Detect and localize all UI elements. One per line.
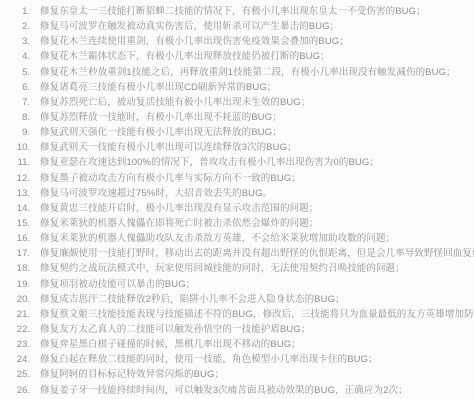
item-text: 修复花木兰连续使用重剑，有极小几率出现伤害免疫效果会叠加的BUG； (40, 34, 349, 49)
bugfix-item: 24.修复白起在释放二技能的同时，使用一技能，角色模型小几率出现卡住的BUG； (0, 352, 474, 367)
item-text: 修复蔡文姬三技能技能表现与技能描述不符的BUG，修改后，三技能将只为血量最低的友… (40, 307, 474, 322)
item-number: 7. (0, 95, 30, 110)
item-text: 修复马可波罗攻速超过75%时，大招音效丢失的BUG。 (40, 186, 272, 201)
item-number: 13. (0, 186, 30, 201)
bugfix-item: 21.修复蔡文姬三技能技能表现与技能描述不符的BUG，修改后，三技能将只为血量最… (0, 307, 474, 322)
bugfix-item: 19.修复项羽被动技能可以暴击的BUG； (0, 277, 474, 292)
item-text: 修复成吉思汗二技能释放2秒后，陷阱小几率不会进入隐身状态的BUG； (40, 292, 345, 307)
item-number: 24. (0, 352, 30, 367)
item-number: 12. (0, 171, 30, 186)
item-number: 14. (0, 201, 30, 216)
item-text: 修复白起在释放二技能的同时，使用一技能，角色模型小几率出现卡住的BUG； (40, 352, 378, 367)
bugfix-item: 17.修复廉颇使用一技能打野时，移动出去的距离并没有超出野怪的仇恨距离，但是会几… (0, 246, 474, 261)
bugfix-item: 23.修复弈星黑白棋子碰撞的时候，黑棋几率出现不移动的BUG； (0, 337, 474, 352)
bugfix-item: 18.修复契约之战玩法模式中，玩家使用回城技能的同时，无法使用契约召唤技能的问题… (0, 261, 474, 276)
bugfix-item: 5.修复花木兰秒放重剑1技能之后，再释放重剑1技能第二段，有极小几率出现没有触发… (0, 65, 474, 80)
bugfix-item: 25.修复阿轲的目标标记特效异常闪烁的BUG； (0, 367, 474, 382)
bugfix-item: 2.修复马可波罗在触发被动真实伤害后，使用斩杀可以产生暴击的BUG； (0, 19, 474, 34)
item-number: 4. (0, 49, 30, 64)
bugfix-item: 13.修复马可波罗攻速超过75%时，大招音效丢失的BUG。 (0, 186, 474, 201)
bugfix-item: 3.修复花木兰连续使用重剑，有极小几率出现伤害免疫效果会叠加的BUG； (0, 34, 474, 49)
item-number: 15. (0, 216, 30, 231)
item-text: 修复米莱狄的机器人傀儡助攻队友击杀敌方英雄，不会给米莱狄增加助攻数的问题； (40, 231, 395, 246)
bugfix-item: 16.修复米莱狄的机器人傀儡助攻队友击杀敌方英雄，不会给米莱狄增加助攻数的问题； (0, 231, 474, 246)
item-number: 21. (0, 307, 30, 322)
item-text: 修复黄忠三技能开启时，极小几率出现没有显示攻击范围的问题； (40, 201, 318, 216)
bugfix-item: 10.修复武则天一技能有极小几率出现可以连续释放3次的BUG； (0, 140, 474, 155)
item-number: 5. (0, 65, 30, 80)
bugfix-item: 6.修复诸葛亮三技能有极小几率出现CD刷新异常的BUG； (0, 80, 474, 95)
item-text: 修复东皇太一三技能打断貂蝉二技能的情况下，有极小几率出现东皇太一不受伤害的BUG… (40, 4, 426, 19)
item-text: 修复友方太乙真人的二技能可以触发孙悟空的一技能护盾BUG； (40, 322, 311, 337)
bugfix-item: 12.修复墨子被动攻击方向有极小几率与实际方向不一致的BUG； (0, 171, 474, 186)
item-number: 8. (0, 110, 30, 125)
item-number: 10. (0, 140, 30, 155)
bugfix-item: 14.修复黄忠三技能开启时，极小几率出现没有显示攻击范围的问题； (0, 201, 474, 216)
item-number: 11. (0, 155, 30, 170)
item-number: 18. (0, 261, 30, 276)
item-text: 修复亚瑟在攻速达到100%的情况下，普攻攻击有极小几率出现伤害为0的BUG； (40, 155, 379, 170)
bugfix-item: 11.修复亚瑟在攻速达到100%的情况下，普攻攻击有极小几率出现伤害为0的BUG… (0, 155, 474, 170)
item-text: 修复花木兰秒放重剑1技能之后，再释放重剑1技能第二段，有极小几率出现没有触发减伤… (40, 65, 456, 80)
item-number: 20. (0, 292, 30, 307)
patch-notes-page: 1.修复东皇太一三技能打断貂蝉二技能的情况下，有极小几率出现东皇太一不受伤害的B… (0, 0, 474, 399)
item-text: 修复米莱狄的机器人傀儡在即将死亡时被击杀依然会爆炸的问题； (40, 216, 318, 231)
item-number: 25. (0, 367, 30, 382)
bugfix-item: 8.修复苏烈释放一技能时，有极小几率出现不耗蓝的BUG； (0, 110, 474, 125)
item-text: 修复苏烈死亡后，被动复活技能有极小几率出现未生效的BUG； (40, 95, 311, 110)
item-number: 17. (0, 246, 30, 261)
item-number: 19. (0, 277, 30, 292)
item-text: 修复姜子牙一技能持续时间内，可以触发3次痛苦面具被动效果的BUG，正确应为2次； (40, 383, 408, 398)
bugfix-item: 7.修复苏烈死亡后，被动复活技能有极小几率出现未生效的BUG； (0, 95, 474, 110)
item-number: 23. (0, 337, 30, 352)
item-text: 修复苏烈释放一技能时，有极小几率出现不耗蓝的BUG； (40, 110, 282, 125)
bugfix-item: 9.修复武则天强化一技能有极小几率出现无法释放的BUG； (0, 125, 474, 140)
item-text: 修复花木兰霸体状态下，有极小几率出现释放技能仍被打断的BUG； (40, 49, 330, 64)
item-number: 9. (0, 125, 30, 140)
item-number: 1. (0, 4, 30, 19)
item-number: 2. (0, 19, 30, 34)
bugfix-item: 1.修复东皇太一三技能打断貂蝉二技能的情况下，有极小几率出现东皇太一不受伤害的B… (0, 4, 474, 19)
item-text: 修复廉颇使用一技能打野时，移动出去的距离并没有超出野怪的仇恨距离，但是会几率导致… (40, 246, 474, 261)
item-number: 3. (0, 34, 30, 49)
item-text: 修复墨子被动攻击方向有极小几率与实际方向不一致的BUG； (40, 171, 301, 186)
item-text: 修复阿轲的目标标记特效异常闪烁的BUG； (40, 367, 224, 382)
bugfix-item: 15.修复米莱狄的机器人傀儡在即将死亡时被击杀依然会爆炸的问题； (0, 216, 474, 231)
item-number: 22. (0, 322, 30, 337)
item-text: 修复诸葛亮三技能有极小几率出现CD刷新异常的BUG； (40, 80, 276, 95)
bugfix-item: 20.修复成吉思汗二技能释放2秒后，陷阱小几率不会进入隐身状态的BUG； (0, 292, 474, 307)
item-text: 修复马可波罗在触发被动真实伤害后，使用斩杀可以产生暴击的BUG； (40, 19, 339, 34)
item-number: 16. (0, 231, 30, 246)
item-text: 修复武则天一技能有极小几率出现可以连续释放3次的BUG； (40, 140, 297, 155)
bugfix-item: 22.修复友方太乙真人的二技能可以触发孙悟空的一技能护盾BUG； (0, 322, 474, 337)
bugfix-item: 26.修复姜子牙一技能持续时间内，可以触发3次痛苦面具被动效果的BUG，正确应为… (0, 383, 474, 398)
item-number: 6. (0, 80, 30, 95)
item-text: 修复弈星黑白棋子碰撞的时候，黑棋几率出现不移动的BUG； (40, 337, 301, 352)
item-number: 26. (0, 383, 30, 398)
bugfix-item: 4.修复花木兰霸体状态下，有极小几率出现释放技能仍被打断的BUG； (0, 49, 474, 64)
item-text: 修复契约之战玩法模式中，玩家使用回城技能的同时，无法使用契约召唤技能的问题； (40, 261, 405, 276)
item-text: 修复武则天强化一技能有极小几率出现无法释放的BUG； (40, 125, 282, 140)
bugfix-list: 1.修复东皇太一三技能打断貂蝉二技能的情况下，有极小几率出现东皇太一不受伤害的B… (0, 4, 474, 398)
item-text: 修复项羽被动技能可以暴击的BUG； (40, 277, 195, 292)
